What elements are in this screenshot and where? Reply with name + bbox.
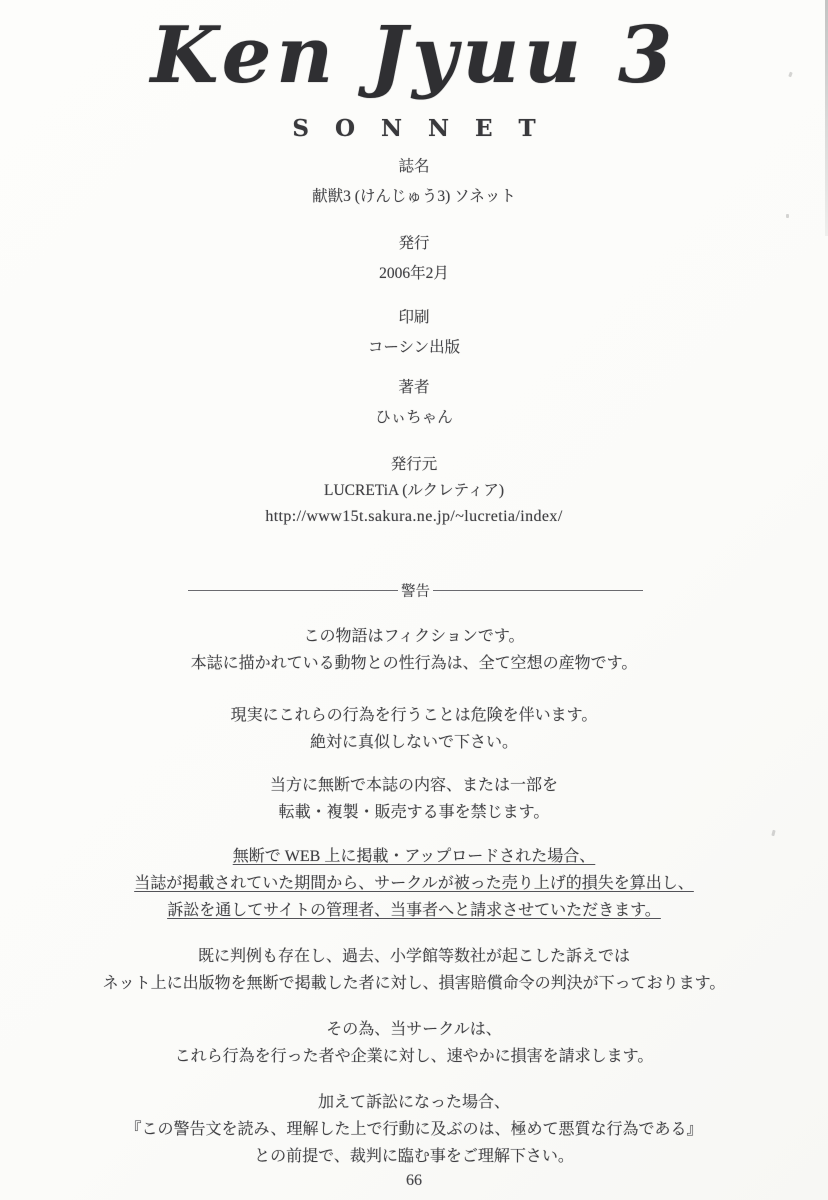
warning-paragraph-fiction: この物語はフィクションです。 本誌に描かれている動物との性行為は、全て空想の産物… xyxy=(0,623,828,677)
section-label: 誌名 xyxy=(0,152,828,182)
section-label: 著者 xyxy=(0,373,828,403)
section-label: 印刷 xyxy=(0,303,828,333)
scan-speck xyxy=(786,214,789,218)
warning-line: 絶対に真似しないで下さい。 xyxy=(0,729,828,756)
section-value: 献獣3 (けんじゅう3) ソネット xyxy=(0,182,828,212)
publisher-name: LUCRETiA (ルクレティア) xyxy=(0,478,828,504)
warning-line-underlined: 当誌が掲載されていた期間から、サークルが被った売り上げ的損失を算出し、 xyxy=(0,870,828,897)
warning-divider-label: 警告 xyxy=(400,580,431,601)
warning-line: これら行為を行った者や企業に対し、速やかに損害を請求します。 xyxy=(0,1043,828,1070)
section-label: 発行 xyxy=(0,229,828,259)
section-label: 発行元 xyxy=(0,452,828,478)
warning-paragraph-danger: 現実にこれらの行為を行うことは危険を伴います。 絶対に真似しないで下さい。 xyxy=(0,702,828,756)
warning-divider: 警告 xyxy=(188,581,643,599)
warning-paragraph-upload-claims: 無断で WEB 上に掲載・アップロードされた場合、 当誌が掲載されていた期間から… xyxy=(0,843,828,924)
warning-line: 当方に無断で本誌の内容、または一部を xyxy=(0,772,828,799)
page-number: 66 xyxy=(0,1172,828,1190)
warning-line: との前提で、裁判に臨む事をご理解下さい。 xyxy=(0,1143,828,1170)
scan-speck xyxy=(771,830,775,837)
section-value: コーシン出版 xyxy=(0,333,828,363)
section-value: ひぃちゃん xyxy=(0,403,828,433)
warning-paragraph-precedent: 既に判例も存在し、過去、小学館等数社が起こした訴えでは ネット上に出版物を無断で… xyxy=(0,943,828,997)
section-value: 2006年2月 xyxy=(0,259,828,289)
scanned-colophon-page: Ken Jyuu 3 SONNET 誌名 献獣3 (けんじゅう3) ソネット 発… xyxy=(0,0,828,1200)
warning-paragraph-lawsuit-premise: 加えて訴訟になった場合、 『この警告文を読み、理解した上で行動に及ぶのは、極めて… xyxy=(0,1089,828,1170)
page-subtitle: SONNET xyxy=(0,112,828,146)
warning-paragraph-no-reproduction: 当方に無断で本誌の内容、または一部を 転載・複製・販売する事を禁じます。 xyxy=(0,772,828,826)
warning-line: その為、当サークルは、 xyxy=(0,1016,828,1043)
publisher-url: http://www15t.sakura.ne.jp/~lucretia/ind… xyxy=(0,504,828,530)
warning-line: この物語はフィクションです。 xyxy=(0,623,828,650)
warning-line-underlined: 訴訟を通してサイトの管理者、当事者へと請求させていただきます。 xyxy=(0,897,828,924)
colophon-section-magazine-name: 誌名 献獣3 (けんじゅう3) ソネット xyxy=(0,152,828,212)
warning-paragraph-circle-action: その為、当サークルは、 これら行為を行った者や企業に対し、速やかに損害を請求しま… xyxy=(0,1016,828,1070)
warning-line: ネット上に出版物を無断で掲載した者に対し、損害賠償命令の判決が下っております。 xyxy=(0,970,828,997)
colophon-section-publisher: 発行元 LUCRETiA (ルクレティア) http://www15t.saku… xyxy=(0,452,828,530)
colophon-section-printing: 印刷 コーシン出版 xyxy=(0,303,828,363)
warning-line: 加えて訴訟になった場合、 xyxy=(0,1089,828,1116)
warning-line: 既に判例も存在し、過去、小学館等数社が起こした訴えでは xyxy=(0,943,828,970)
divider-rule xyxy=(188,590,398,591)
warning-line: 本誌に描かれている動物との性行為は、全て空想の産物です。 xyxy=(0,650,828,677)
warning-line: 転載・複製・販売する事を禁じます。 xyxy=(0,799,828,826)
colophon-section-author: 著者 ひぃちゃん xyxy=(0,373,828,433)
colophon-section-publication: 発行 2006年2月 xyxy=(0,229,828,289)
warning-line: 『この警告文を読み、理解した上で行動に及ぶのは、極めて悪質な行為である』 xyxy=(0,1116,828,1143)
divider-rule xyxy=(433,590,643,591)
warning-line: 現実にこれらの行為を行うことは危険を伴います。 xyxy=(0,702,828,729)
warning-line-underlined: 無断で WEB 上に掲載・アップロードされた場合、 xyxy=(0,843,828,870)
page-title: Ken Jyuu 3 xyxy=(0,6,828,106)
